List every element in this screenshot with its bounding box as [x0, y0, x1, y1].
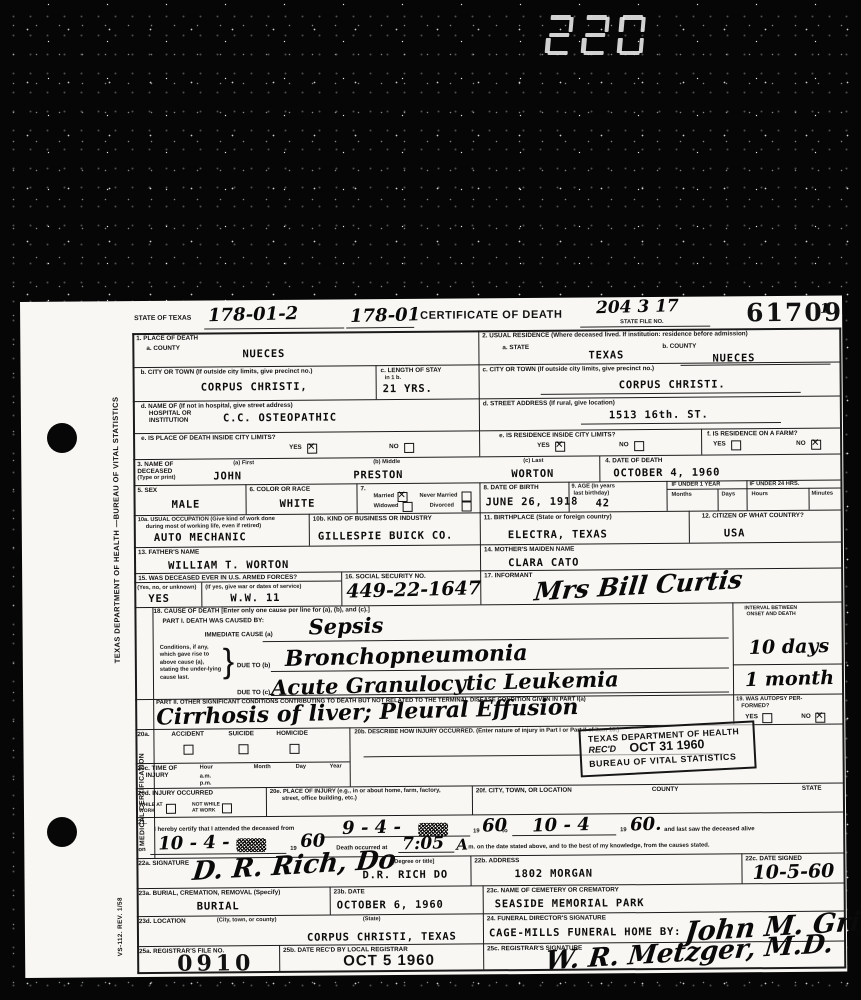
while-at-work-label-2: WORK: [139, 808, 155, 814]
mother-name-value: CLARA CATO: [508, 557, 579, 570]
race-value: WHITE: [280, 498, 316, 510]
father-name-value: WILLIAM T. WORTON: [168, 559, 289, 572]
cause-a-value: Sepsis: [308, 613, 383, 640]
am-pm-value: A: [456, 835, 468, 853]
if-under-24-hrs-label: IF UNDER 24 HRS.: [749, 481, 799, 487]
registrar-file-no-value: 0910: [177, 950, 254, 977]
married-label: Married: [374, 493, 395, 499]
line: [478, 330, 480, 456]
pm-label: p.m.: [200, 781, 212, 787]
digit-segment: [551, 15, 571, 20]
date-of-birth-value: JUNE 26, 1918: [486, 496, 579, 509]
digit-segment: [623, 15, 643, 20]
yes-label: YES: [289, 444, 302, 451]
line: [341, 571, 343, 605]
no-label: NO: [389, 443, 399, 450]
digit-segment: [604, 17, 610, 32]
certify-text-2: and last saw the deceased alive: [664, 826, 754, 833]
war-service-sub: (If yes, give war or dates of service): [205, 584, 301, 591]
burial-date-label: 23b. DATE: [334, 888, 365, 895]
hospital-name-label-3: INSTITUTION: [149, 417, 189, 424]
injury-occurred-label: 20d. INJURY OCCURRED: [138, 789, 213, 797]
line: [266, 787, 268, 816]
name-of-deceased-label-3: (Type or print): [137, 475, 175, 481]
line: [245, 484, 247, 514]
no-label: NO: [619, 441, 629, 448]
funeral-director-label: 24. FUNERAL DIRECTOR'S SIGNATURE: [487, 914, 606, 922]
header-blank-line-2: [346, 327, 414, 329]
certificate-page: STATE OF TEXAS 178-01-2 178-01 CERTIFICA…: [20, 296, 847, 978]
digit-segment: [619, 51, 639, 56]
last-name-value: WORTON: [511, 468, 554, 480]
cemetery-value: SEASIDE MEMORIAL PARK: [495, 897, 645, 910]
immediate-cause-label: IMMEDIATE CAUSE (a): [205, 631, 273, 639]
location-sub-1: (City, town, or county): [217, 917, 277, 923]
middle-name-value: PRESTON: [353, 469, 403, 481]
date-of-death-value: OCTOBER 4, 1960: [613, 467, 720, 480]
checkbox-widowed: [403, 502, 413, 512]
yes-label: YES: [537, 442, 550, 449]
marital-status-label: 7.: [360, 485, 365, 492]
line: [808, 488, 809, 510]
am-label: a.m.: [200, 774, 211, 780]
minutes-label: Minutes: [812, 491, 834, 497]
citizen-label: 12. CITIZEN OF WHAT COUNTRY?: [702, 512, 804, 520]
homicide-label: HOMICIDE: [276, 730, 308, 737]
occupation-label-2: during most of working life, even if ret…: [146, 523, 261, 530]
not-while-at-work-label-2: AT WORK: [192, 807, 216, 813]
header-blank-line: [204, 327, 344, 329]
line: [472, 785, 474, 814]
length-of-stay-value: 21 YRS.: [383, 383, 433, 395]
checkbox-divorced: [462, 501, 472, 511]
first-name-value: JOHN: [213, 470, 242, 482]
residence-in-city-limits-label: e. IS RESIDENCE INSIDE CITY LIMITS?: [499, 431, 615, 439]
to-year-value: 60.: [630, 814, 662, 836]
place-of-death-label: 1. PLACE OF DEATH: [136, 335, 198, 342]
residence-city-label: c. CITY OR TOWN (If outside city limits,…: [483, 365, 655, 373]
usual-residence-label: 2. USUAL RESIDENCE (Where deceased lived…: [482, 330, 748, 339]
place-in-city-limits-label: e. IS PLACE OF DEATH INSIDE CITY LIMITS?: [141, 434, 276, 442]
injury-state-label: STATE: [802, 785, 822, 792]
digit-segment: [585, 33, 605, 38]
hospital-value: C.C. OSTEOPATHIC: [223, 412, 337, 425]
item-21-label: 21.: [138, 819, 147, 826]
interval-b-value: 10 days: [748, 635, 829, 659]
first-name-label: (a) First: [233, 460, 254, 466]
father-name-label: 13. FATHER'S NAME: [138, 549, 199, 556]
state-of-texas-label: STATE OF TEXAS: [134, 315, 191, 322]
date-signed-value: 10-5-60: [752, 860, 834, 884]
document-title: CERTIFICATE OF DEATH: [420, 309, 562, 322]
burial-date-value: OCTOBER 6, 1960: [337, 899, 444, 912]
display-digit: [544, 15, 573, 55]
handwritten-mark: 1: [820, 302, 829, 317]
autopsy-label: 19. WAS AUTOPSY PER-: [736, 696, 802, 703]
line: [541, 392, 801, 395]
attended-to-date: 10 - 4: [532, 814, 590, 836]
residence-state-value: TEXAS: [588, 349, 624, 361]
line: [152, 607, 155, 858]
birthplace-label: 11. BIRTHPLACE (State or foreign country…: [484, 513, 612, 521]
year-prefix-1: 19: [473, 828, 480, 834]
length-of-stay-label: c. LENGTH OF STAY: [381, 367, 442, 374]
line: [470, 855, 472, 885]
no-label: NO: [796, 440, 806, 447]
residence-county-value: NUECES: [712, 352, 755, 364]
handwritten-file-number: 204 3 17: [596, 296, 679, 318]
if-under-1-year-label: IF UNDER 1 YEAR: [671, 482, 720, 488]
accident-label: ACCIDENT: [171, 731, 204, 738]
checkbox-place-yes: [307, 444, 317, 454]
checkbox-accident: [183, 745, 193, 755]
to-word: to: [502, 828, 508, 834]
display-digit: [580, 15, 609, 55]
scribbled-entry-2: [236, 838, 266, 852]
date-of-death-label: 4. DATE OF DEATH: [605, 457, 662, 464]
burial-value: BURIAL: [197, 900, 240, 912]
checkbox-residence-yes: [555, 442, 565, 452]
part1-label: PART I. DEATH WAS CAUSED BY:: [162, 617, 264, 625]
line: [483, 885, 485, 969]
header-blank-line-3: [580, 326, 710, 328]
line: [581, 422, 781, 425]
residence-city-value: CORPUS CHRISTI.: [619, 378, 726, 391]
location-label: 23d. LOCATION: [139, 918, 186, 925]
funeral-home-typed: CAGE-MILLS FUNERAL HOME BY:: [489, 926, 681, 940]
digit-segment: [618, 17, 624, 32]
autopsy-label-2: FORMED?: [741, 703, 769, 709]
line: [309, 514, 311, 546]
informant-label: 17. INFORMANT: [484, 572, 532, 579]
injury-county-label: COUNTY: [652, 786, 679, 793]
location-value: CORPUS CHRISTI, TEXAS: [307, 931, 457, 944]
ssn-value: 449-22-1647: [346, 577, 481, 602]
mother-name-label: 14. MOTHER'S MAIDEN NAME: [484, 546, 574, 554]
year-label: Year: [330, 763, 342, 769]
never-married-label: Never Married: [420, 493, 458, 499]
residence-on-farm-label: f. IS RESIDENCE ON A FARM?: [707, 430, 798, 438]
no-label: NO: [801, 713, 811, 720]
punch-hole: [47, 817, 77, 847]
line: [689, 511, 691, 543]
date-received-stamp: OCT 5 1960: [343, 952, 435, 970]
line: [666, 481, 668, 511]
hospital-name-label: d. NAME OF (If not in hospital, give str…: [141, 402, 293, 410]
business-value: GILLESPIE BUICK CO.: [318, 530, 453, 543]
injury-city-label: 20f. CITY, TOWN, OR LOCATION: [476, 787, 572, 795]
months-label: Months: [672, 492, 692, 498]
line: [599, 455, 601, 481]
digit-segment: [547, 51, 567, 56]
handwritten-number-mid: 178-01: [350, 304, 421, 327]
physician-typed-name: D.R. RICH DO: [362, 869, 448, 882]
cemetery-label: 23c. NAME OF CEMETERY OR CREMATORY: [487, 886, 619, 894]
location-sub-2: (State): [363, 916, 381, 922]
length-of-stay-sub: in 1 b.: [385, 375, 401, 381]
digit-segment: [640, 17, 646, 32]
display-digit: [616, 15, 645, 55]
conditions-note: Conditions, if any, which gave rise to a…: [160, 644, 222, 682]
days-label: Days: [722, 491, 736, 497]
burial-label: 23a. BURIAL, CREMATION, REMOVAL (Specify…: [139, 889, 281, 897]
date-of-birth-label: 8. DATE OF BIRTH: [483, 484, 538, 491]
yes-label: YES: [713, 440, 726, 447]
checkbox-residence-no: [634, 441, 644, 451]
checkbox-autopsy-yes: [762, 713, 772, 723]
last-seen-date: 10 - 4 -: [158, 832, 230, 855]
handwritten-number-left: 178-01-2: [208, 303, 299, 326]
due-to-b-label: DUE TO (b): [237, 662, 271, 669]
residence-state-label: a. STATE: [502, 344, 529, 351]
brace-glyph: }: [223, 642, 235, 681]
occupation-value: AUTO MECHANIC: [154, 531, 247, 544]
citizen-value: USA: [724, 527, 745, 539]
sex-label: 5. SEX: [137, 487, 157, 494]
attended-from-date: 9 - 4 -: [342, 817, 401, 839]
suicide-label: SUICIDE: [228, 730, 254, 737]
residence-county-label: b. COUNTY: [662, 343, 696, 350]
line: [741, 853, 743, 883]
day-label: Day: [296, 764, 306, 770]
place-of-injury-label-2: street, office building, etc.): [282, 795, 357, 802]
checkbox-place-no: [404, 443, 414, 453]
stamp-recd: REC'D: [588, 744, 616, 755]
stamp-line-3: BUREAU OF VITAL STATISTICS: [589, 751, 737, 769]
line: [201, 583, 202, 607]
birthplace-value: ELECTRA, TEXAS: [508, 528, 608, 541]
interval-c-value: 1 month: [745, 667, 835, 691]
address-label: 22b. ADDRESS: [474, 857, 519, 864]
year-prefix-2: 19: [620, 827, 627, 833]
armed-forces-sub: (Yes, no, or unknown): [137, 585, 196, 591]
line: [733, 664, 843, 666]
checkbox-farm-no: [811, 440, 821, 450]
degree-or-title-label: [Degree or title]: [392, 859, 434, 865]
widowed-label: Widowed: [374, 503, 399, 509]
line: [356, 483, 358, 513]
city-label: b. CITY OR TOWN (If outside city limits,…: [141, 368, 313, 376]
certify-text-3: m. on the date stated above, and to the …: [468, 843, 709, 851]
digit-segment: [549, 33, 569, 38]
sex-value: MALE: [172, 499, 201, 511]
last-name-label: (c) Last: [523, 458, 543, 464]
state-file-no-label: STATE FILE NO.: [620, 319, 663, 325]
divorced-label: Divorced: [430, 503, 454, 509]
war-service-value: W.W. 11: [230, 592, 280, 604]
line: [681, 364, 831, 366]
address-value: 1802 MORGAN: [514, 868, 592, 881]
form-code: VS-112. REV. 1/58: [117, 876, 125, 956]
occupation-label: 10a. USUAL OCCUPATION (Give kind of work…: [138, 516, 275, 523]
line: [701, 429, 703, 455]
middle-name-label: (b) Middle: [373, 459, 400, 465]
checkbox-homicide: [289, 744, 299, 754]
color-or-race-label: 6. COLOR OR RACE: [249, 486, 310, 493]
line: [746, 480, 748, 510]
armed-forces-label: 15. WAS DECEASED EVER IN U.S. ARMED FORC…: [138, 574, 297, 582]
age-label-2: last birthday): [573, 490, 609, 496]
cause-b-value: Bronchopneumonia: [285, 640, 528, 672]
line: [330, 887, 332, 915]
digit-segment: [568, 17, 574, 32]
digit-segment: [583, 51, 603, 56]
age-value: 42: [596, 497, 610, 509]
checkbox-not-while-at-work: [222, 803, 232, 813]
checkbox-while-at-work: [166, 804, 176, 814]
city-value: CORPUS CHRISTI,: [201, 381, 308, 394]
checkbox-farm-yes: [731, 440, 741, 450]
checkbox-never-married: [462, 491, 472, 501]
line: [349, 727, 351, 786]
interval-header-2: ONSET AND DEATH: [746, 611, 795, 617]
punch-hole: [47, 423, 77, 453]
line: [376, 365, 378, 399]
digit-segment: [587, 15, 607, 20]
received-stamp: TEXAS DEPARTMENT OF HEALTH REC'D OCT 31 …: [578, 720, 756, 777]
county-label: a. COUNTY: [146, 345, 180, 352]
business-label: 10b. KIND OF BUSINESS OR INDUSTRY: [313, 515, 432, 523]
counter-display: [544, 15, 656, 60]
armed-forces-value: YES: [148, 593, 169, 605]
due-to-c-label: DUE TO (c): [237, 689, 270, 696]
stamp-date: OCT 31 1960: [629, 737, 705, 755]
time-of-injury-label-2: INJURY: [146, 772, 169, 779]
on-word: on: [138, 847, 145, 853]
item-20a-label: 20a.: [137, 731, 149, 738]
checkbox-suicide: [238, 744, 248, 754]
agency-side-band: TEXAS DEPARTMENT OF HEALTH —BUREAU OF VI…: [110, 343, 122, 663]
scanned-document: STATE OF TEXAS 178-01-2 178-01 CERTIFICA…: [0, 0, 861, 1000]
yes-label: YES: [745, 713, 758, 720]
place-of-injury-label: 20e. PLACE OF INJURY (e.g., in or about …: [270, 788, 441, 795]
signature-label: 22a. SIGNATURE: [138, 860, 189, 867]
line: [279, 945, 281, 971]
checkbox-autopsy-no: [815, 713, 825, 723]
checkbox-married: [398, 492, 408, 502]
line: [717, 489, 718, 511]
street-address-value: 1513 16th. ST.: [609, 409, 709, 422]
street-address-label: d. STREET ADDRESS (If rural, give locati…: [483, 399, 615, 407]
county-value: NUECES: [242, 348, 285, 360]
month-label: Month: [254, 764, 271, 770]
time-of-death-value: 7:05: [402, 833, 444, 854]
hour-label: Hour: [200, 764, 213, 770]
hours-label: Hours: [752, 491, 768, 497]
age-label: 9. AGE (In years: [571, 483, 614, 489]
border: [839, 328, 846, 968]
